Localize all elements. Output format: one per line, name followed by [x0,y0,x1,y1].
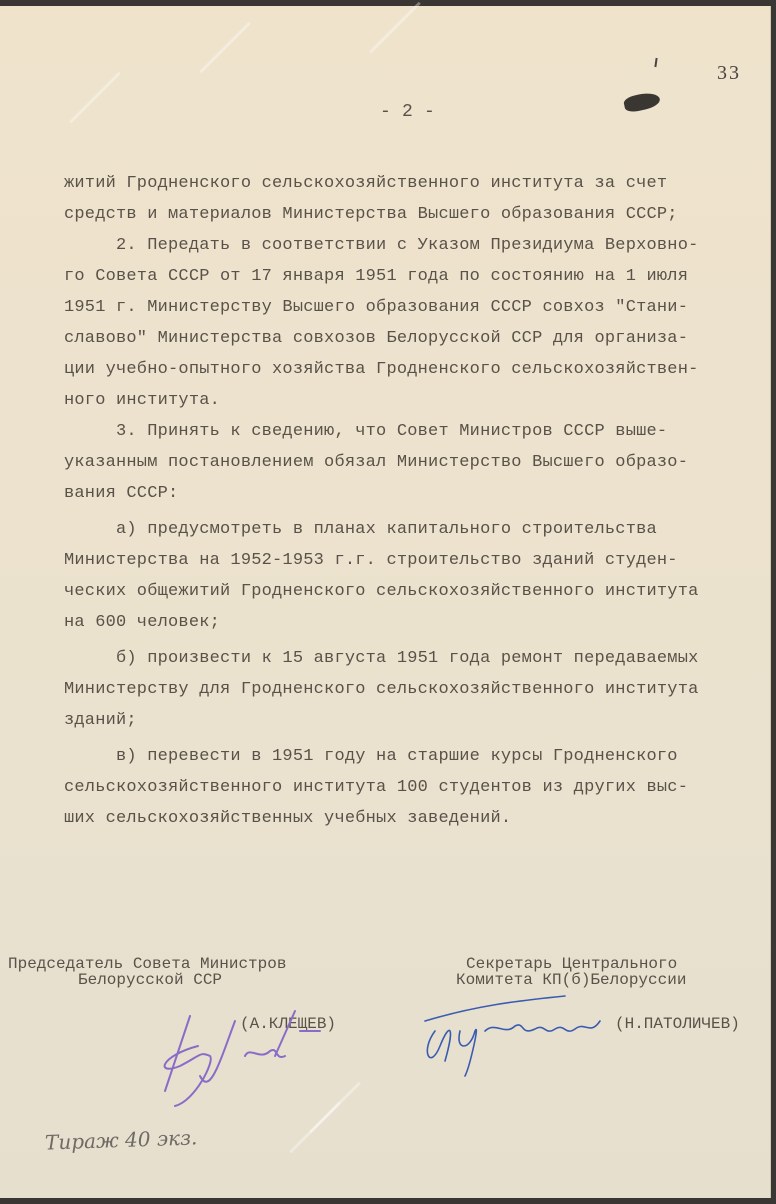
handwritten-signature [100,1006,330,1126]
watermark [369,2,421,54]
handwritten-signature [415,991,615,1081]
body-line: ного института. [64,391,220,410]
body-line: в) перевести в 1951 году на старшие курс… [64,747,678,766]
body-line: ческих общежитий Гродненского сельскохоз… [64,582,699,601]
page-number: - 2 - [380,102,435,122]
body-line: го Совета СССР от 17 января 1951 года по… [64,267,688,286]
body-line: ции учебно-опытного хозяйства Гродненско… [64,360,699,379]
body-line: вания СССР: [64,484,178,503]
watermark [69,72,121,124]
body-line: зданий; [64,711,137,730]
body-line: 1951 г. Министерству Высшего образования… [64,298,688,317]
body-line: а) предусмотреть в планах капитального с… [64,520,657,539]
body-line: б) произвести к 15 августа 1951 года рем… [64,649,699,668]
signatory-title: Белорусской ССР [78,972,222,988]
signatory-title: Секретарь Центрального [466,956,677,972]
body-line: 2. Передать в соответствии с Указом През… [64,236,699,255]
pencil-annotation: Тираж 40 экз. [45,1125,198,1154]
body-line: сельскохозяйственного института 100 студ… [64,778,688,797]
body-line: славово" Министерства совхозов Белорусск… [64,329,688,348]
body-line: житий Гродненского сельскохозяйственного… [64,174,667,193]
body-line: Министерству для Гродненского сельскохоз… [64,680,699,699]
signatory-name: (Н.ПАТОЛИЧЕВ) [615,1016,740,1032]
body-line: ших сельскохозяйственных учебных заведен… [64,809,511,828]
signatory-title: Председатель Совета Министров [8,956,286,972]
body-line: 3. Принять к сведению, что Совет Министр… [64,422,667,441]
pencil-mark [654,58,657,67]
body-line: средств и материалов Министерства Высшег… [64,205,678,224]
watermark [199,22,251,74]
body-line: на 600 человек; [64,613,220,632]
signatory-title: Комитета КП(б)Белоруссии [456,972,686,988]
body-line: Министерства на 1952-1953 г.г. строитель… [64,551,678,570]
body-line: указанным постановлением обязал Министер… [64,453,688,472]
document-page: 33 - 2 - житий Гродненского сельскохозяй… [0,6,771,1198]
ink-stamp-blot [623,90,662,113]
archive-page-number: 33 [717,62,741,85]
